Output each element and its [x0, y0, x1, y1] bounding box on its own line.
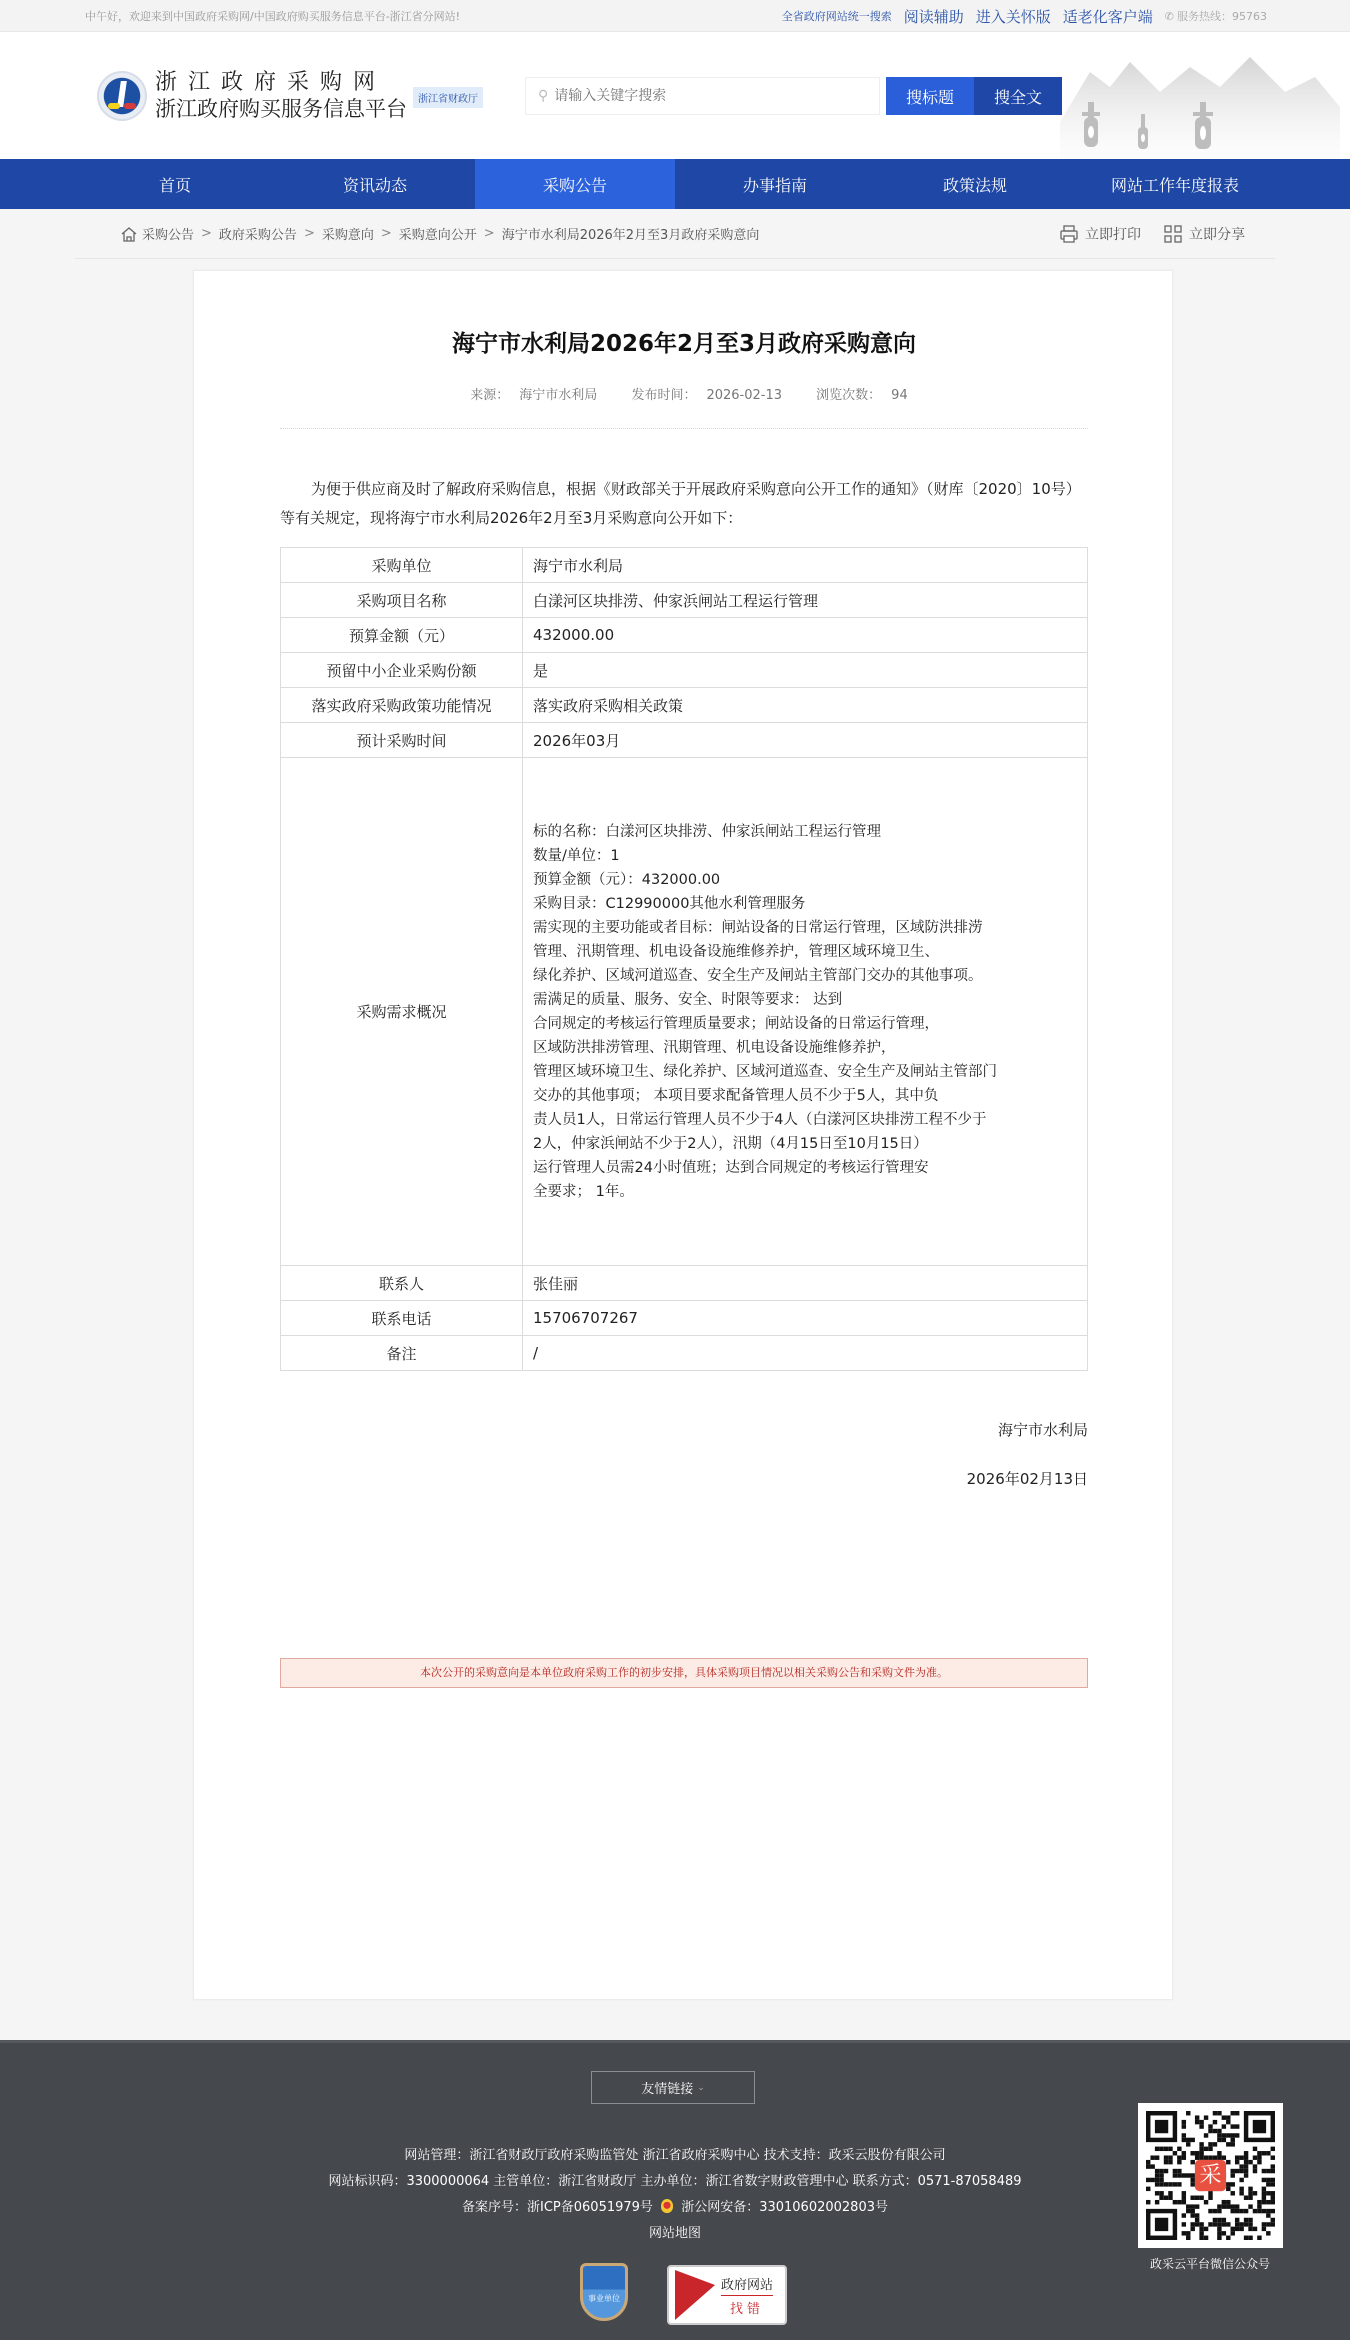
- requirement-line: 管理区域环境卫生、绿化养护、区域河道巡查、安全生产及闸站主管部门: [533, 1060, 1087, 1084]
- requirement-line: 预算金额（元）：432000.00: [533, 868, 1087, 892]
- chevron-right-icon: >: [201, 226, 212, 241]
- requirement-line: 绿化养护、区域河道巡查、安全生产及闸站主管部门交办的其他事项。: [533, 964, 1087, 988]
- site-header: 浙江政府采购网 浙江政府购买服务信息平台 浙江省财政厅 ⚲ 搜标题 搜全文: [0, 32, 1350, 159]
- site-title: 浙江政府采购网: [155, 70, 407, 96]
- requirement-line: 交办的其他事项； 本项目要求配备管理人员不少于5人，其中负: [533, 1084, 1087, 1108]
- emblem-icon: [97, 71, 147, 121]
- mountain-scenery-icon: [1050, 32, 1350, 159]
- hotline-text: 服务热线：95763: [1177, 8, 1267, 24]
- share-button[interactable]: 立即分享: [1163, 224, 1245, 244]
- article-publish-date: 发布时间：2026-02-13: [621, 388, 782, 403]
- icp-link[interactable]: 备案序号：浙ICP备06051979号: [462, 2200, 653, 2215]
- site-subtitle: 浙江政府购买服务信息平台: [155, 96, 407, 122]
- disclaimer-notice: 本次公开的采购意向是本单位政府采购工作的初步安排，具体采购项目情况以相关采购公告…: [280, 1658, 1088, 1688]
- breadcrumb-bar: 采购公告> 政府采购公告> 采购意向> 采购意向公开> 海宁市水利局2026年2…: [75, 209, 1275, 259]
- chevron-down-icon: ⌄: [697, 2083, 705, 2093]
- requirement-line: 数量/单位：1: [533, 844, 1087, 868]
- article-card: 海宁市水利局2026年2月至3月政府采购意向 来源：海宁市水利局 发布时间：20…: [193, 270, 1173, 2000]
- breadcrumb-item[interactable]: 采购公告: [142, 224, 194, 243]
- home-icon[interactable]: [120, 226, 138, 242]
- care-version-link[interactable]: 进入关怀版: [976, 6, 1051, 27]
- main-nav: 首页 资讯动态 采购公告 办事指南 政策法规 网站工作年度报表: [0, 159, 1350, 209]
- table-row: 预计采购时间2026年03月: [281, 723, 1088, 758]
- table-row: 联系电话15706707267: [281, 1301, 1088, 1336]
- friend-links-dropdown[interactable]: 友情链接 ⌄: [591, 2071, 755, 2104]
- requirement-line: 区域防洪排涝管理、汛期管理、机电设备设施维修养护，: [533, 1036, 1087, 1060]
- nav-home[interactable]: 首页: [75, 159, 275, 209]
- table-row: 备注/: [281, 1336, 1088, 1371]
- row-label: 采购需求概况: [281, 758, 523, 1266]
- row-value: /: [523, 1336, 1088, 1371]
- chevron-right-icon: >: [304, 226, 315, 241]
- breadcrumb-item[interactable]: 采购意向: [322, 224, 374, 243]
- divider: [280, 428, 1088, 429]
- qr-code-icon: [1163, 224, 1183, 244]
- phone-icon: ✆: [1165, 10, 1174, 23]
- article-source: 来源：海宁市水利局: [460, 388, 597, 403]
- row-label: 备注: [281, 1336, 523, 1371]
- row-label: 采购单位: [281, 548, 523, 583]
- requirement-line: 管理、汛期管理、机电设备设施维修养护，管理区域环境卫生、: [533, 940, 1087, 964]
- site-footer: 友情链接 ⌄ 网站管理：浙江省财政厅政府采购监管处 浙江省政府采购中心 技术支持…: [0, 2040, 1350, 2340]
- nav-policies[interactable]: 政策法规: [875, 159, 1075, 209]
- requirement-line: 2人，仲家浜闸站不少于2人），汛期（4月15日至10月15日）: [533, 1132, 1087, 1156]
- row-value: 落实政府采购相关政策: [523, 688, 1088, 723]
- print-label: 立即打印: [1085, 224, 1141, 244]
- page-actions: 立即打印 立即分享: [1059, 224, 1245, 244]
- wechat-qr-code: 采: [1138, 2103, 1283, 2248]
- hotline: ✆ 服务热线：95763: [1165, 8, 1267, 24]
- sitemap-link[interactable]: 网站地图: [649, 2226, 701, 2241]
- requirement-line: 全要求； 1年。: [533, 1180, 1087, 1204]
- error-badge-line2: 找错: [730, 2298, 764, 2317]
- nav-procurement-notices[interactable]: 采购公告: [475, 159, 675, 209]
- requirement-line: 合同规定的考核运行管理质量要求；闸站设备的日常运行管理，: [533, 1012, 1087, 1036]
- table-row: 采购单位海宁市水利局: [281, 548, 1088, 583]
- table-row: 预留中小企业采购份额是: [281, 653, 1088, 688]
- svg-text:采: 采: [1199, 2162, 1221, 2188]
- requirement-line: 需实现的主要功能或者目标：闸站设备的日常运行管理，区域防洪排涝: [533, 916, 1087, 940]
- qr-caption: 政采云平台微信公众号: [1120, 2255, 1300, 2272]
- print-button[interactable]: 立即打印: [1059, 224, 1141, 244]
- row-value: 是: [523, 653, 1088, 688]
- row-value: 海宁市水利局: [523, 548, 1088, 583]
- search-title-button[interactable]: 搜标题: [886, 77, 974, 115]
- breadcrumb-current: 海宁市水利局2026年2月至3月政府采购意向: [502, 224, 760, 243]
- article-intro: 为便于供应商及时了解政府采购信息，根据《财政部关于开展政府采购意向公开工作的通知…: [280, 475, 1088, 533]
- table-row: 联系人张佳丽: [281, 1266, 1088, 1301]
- article-title: 海宁市水利局2026年2月至3月政府采购意向: [194, 325, 1174, 358]
- table-row: 预算金额（元）432000.00: [281, 618, 1088, 653]
- magnifier-icon: [675, 2270, 715, 2320]
- requirement-details: 标的名称：白漾河区块排涝、仲家浜闸站工程运行管理数量/单位：1预算金额（元）：4…: [523, 758, 1088, 1266]
- sign-date: 2026年02月13日: [280, 1468, 1088, 1489]
- chevron-right-icon: >: [484, 226, 495, 241]
- requirement-line: 运行管理人员需24小时值班；达到合同规定的考核运行管理安: [533, 1156, 1087, 1180]
- row-value: 张佳丽: [523, 1266, 1088, 1301]
- qr-code-icon: 采: [1146, 2111, 1275, 2240]
- police-record-link[interactable]: 浙公网安备：33010602002803号: [681, 2200, 888, 2215]
- row-label: 联系电话: [281, 1301, 523, 1336]
- row-value: 432000.00: [523, 618, 1088, 653]
- row-label: 预算金额（元）: [281, 618, 523, 653]
- row-label: 采购项目名称: [281, 583, 523, 618]
- row-label: 联系人: [281, 1266, 523, 1301]
- table-row: 落实政府采购政策功能情况落实政府采购相关政策: [281, 688, 1088, 723]
- department-badge: 浙江省财政厅: [413, 87, 483, 108]
- requirement-line: 责人员1人，日常运行管理人员不少于4人（白漾河区块排涝工程不少于: [533, 1108, 1087, 1132]
- sign-organization: 海宁市水利局: [280, 1419, 1088, 1440]
- public-institution-badge[interactable]: 事业单位: [580, 2263, 628, 2321]
- search-box: ⚲: [525, 77, 880, 115]
- requirement-line: 采购目录：C12990000其他水利管理服务: [533, 892, 1087, 916]
- article-meta: 来源：海宁市水利局 发布时间：2026-02-13 浏览次数：94: [194, 384, 1174, 403]
- table-row: 采购项目名称白漾河区块排涝、仲家浜闸站工程运行管理: [281, 583, 1088, 618]
- error-badge-line1: 政府网站: [721, 2274, 773, 2296]
- search-input[interactable]: [554, 88, 854, 104]
- top-bar: 中午好，欢迎来到中国政府采购网/中国政府购买服务信息平台-浙江省分网站! 全省政…: [0, 0, 1350, 32]
- table-row-requirements: 采购需求概况标的名称：白漾河区块排涝、仲家浜闸站工程运行管理数量/单位：1预算金…: [281, 758, 1088, 1266]
- article-views: 浏览次数：94: [806, 388, 908, 403]
- reading-assist-link[interactable]: 阅读辅助: [904, 6, 964, 27]
- nav-guide[interactable]: 办事指南: [675, 159, 875, 209]
- requirement-line: 标的名称：白漾河区块排涝、仲家浜闸站工程运行管理: [533, 820, 1087, 844]
- nav-news[interactable]: 资讯动态: [275, 159, 475, 209]
- police-badge-icon: [661, 2199, 673, 2213]
- row-label: 预留中小企业采购份额: [281, 653, 523, 688]
- elderly-client-link[interactable]: 适老化客户端: [1063, 6, 1153, 27]
- procurement-intent-table: 采购单位海宁市水利局采购项目名称白漾河区块排涝、仲家浜闸站工程运行管理预算金额（…: [280, 547, 1088, 1371]
- breadcrumb-item[interactable]: 采购意向公开: [399, 224, 477, 243]
- friend-links-label: 友情链接: [641, 2078, 693, 2097]
- requirement-line: 需满足的质量、服务、安全、时限等要求： 达到: [533, 988, 1087, 1012]
- site-logo[interactable]: 浙江政府采购网 浙江政府购买服务信息平台 浙江省财政厅: [97, 70, 483, 122]
- row-label: 预计采购时间: [281, 723, 523, 758]
- search-fulltext-button[interactable]: 搜全文: [974, 77, 1062, 115]
- share-label: 立即分享: [1189, 224, 1245, 244]
- unit-badge-text: 事业单位: [588, 2293, 620, 2304]
- search-icon: ⚲: [538, 88, 548, 104]
- welcome-text: 中午好，欢迎来到中国政府采购网/中国政府购买服务信息平台-浙江省分网站!: [85, 8, 460, 24]
- unified-search-link[interactable]: 全省政府网站统一搜索: [782, 8, 892, 24]
- chevron-right-icon: >: [381, 226, 392, 241]
- row-label: 落实政府采购政策功能情况: [281, 688, 523, 723]
- row-value: 15706707267: [523, 1301, 1088, 1336]
- top-links: 全省政府网站统一搜索 阅读辅助 进入关怀版 适老化客户端 ✆ 服务热线：9576…: [782, 6, 1267, 27]
- breadcrumb: 采购公告> 政府采购公告> 采购意向> 采购意向公开> 海宁市水利局2026年2…: [120, 224, 759, 243]
- nav-annual-report[interactable]: 网站工作年度报表: [1075, 159, 1275, 209]
- row-value: 白漾河区块排涝、仲家浜闸站工程运行管理: [523, 583, 1088, 618]
- gov-site-error-report-badge[interactable]: 政府网站 找错: [667, 2265, 787, 2325]
- row-value: 2026年03月: [523, 723, 1088, 758]
- breadcrumb-item[interactable]: 政府采购公告: [219, 224, 297, 243]
- printer-icon: [1059, 224, 1079, 244]
